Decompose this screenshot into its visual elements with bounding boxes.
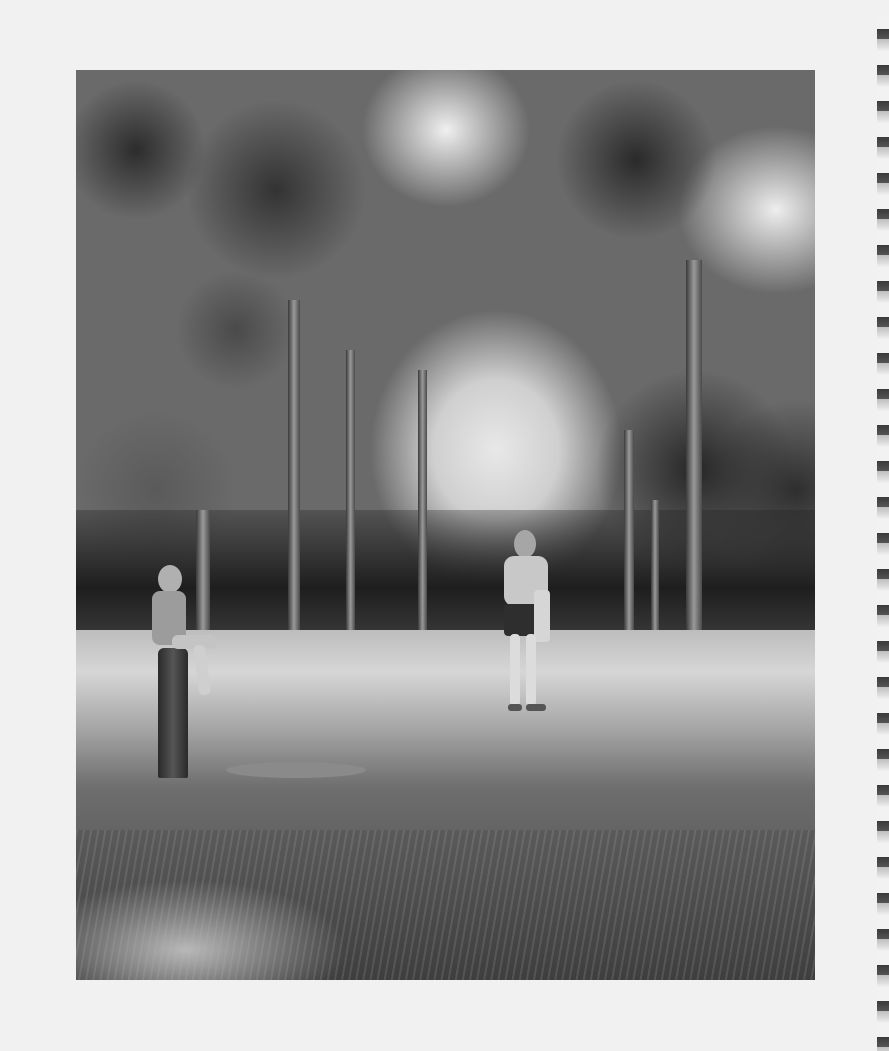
man-swim-trunks [504, 604, 538, 636]
man-towel [534, 590, 550, 642]
foreground-grass [76, 830, 815, 980]
man-foot [508, 704, 522, 711]
standing-man [498, 530, 558, 715]
tree-trunk [346, 350, 355, 640]
tree-trunk [288, 300, 300, 640]
tree-trunk [624, 430, 634, 630]
man-leg [526, 634, 536, 706]
child-on-post [152, 565, 220, 705]
man-foot [526, 704, 546, 711]
film-edge-strip [877, 15, 889, 1051]
child-shin [193, 644, 212, 695]
tree-trunk [686, 260, 702, 630]
child-head [158, 565, 182, 593]
man-leg [510, 634, 520, 706]
tree-trunk [418, 370, 427, 645]
man-head [514, 530, 536, 558]
puddle [226, 762, 366, 778]
tree-trunk [651, 500, 659, 630]
photo-print [76, 70, 815, 980]
